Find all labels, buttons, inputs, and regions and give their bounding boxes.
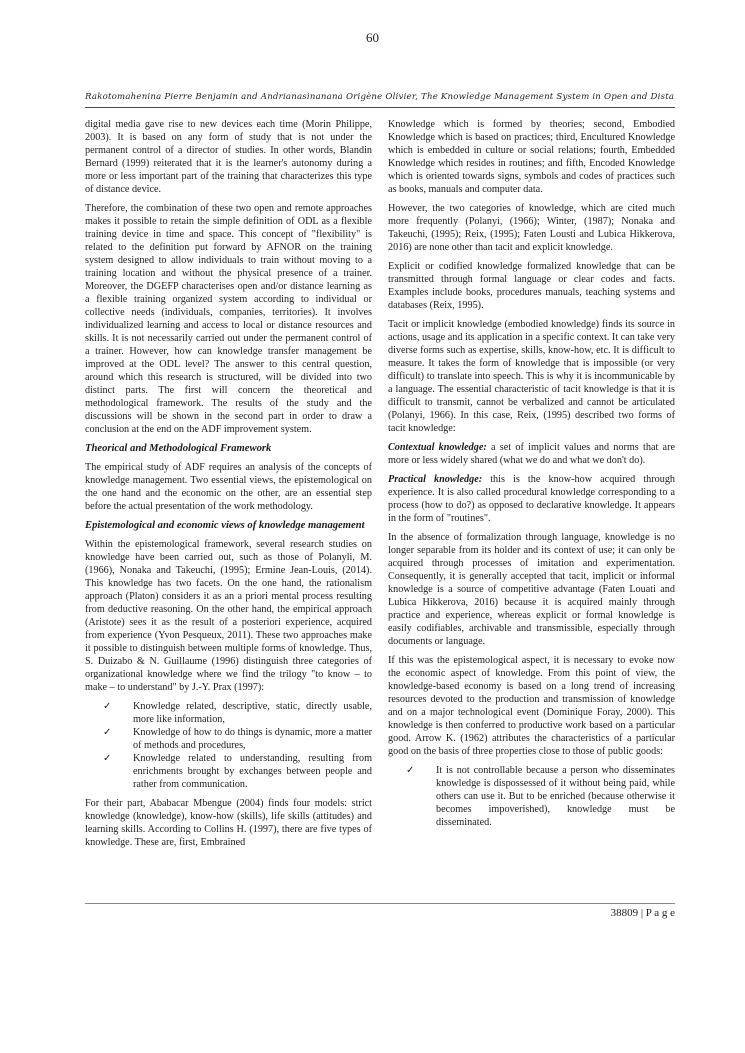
list-item: ✓ Knowledge of how to do things is dynam… [103, 726, 372, 752]
paragraph: In the absence of formalization through … [388, 531, 675, 648]
page-footer: 38809 | P a g e [85, 903, 675, 919]
paragraph: Tacit or implicit knowledge (embodied kn… [388, 318, 675, 435]
paragraph: Explicit or codified knowledge formalize… [388, 260, 675, 312]
paragraph: Within the epistemological framework, se… [85, 538, 372, 694]
page-content: Rakotomahenina Pierre Benjamin and Andri… [85, 92, 675, 855]
list-item-text: Knowledge of how to do things is dynamic… [133, 726, 372, 752]
paragraph: Knowledge which is formed by theories; s… [388, 118, 675, 196]
subsection-heading: Epistemological and economic views of kn… [85, 519, 372, 532]
left-column: digital media gave rise to new devices e… [85, 118, 372, 855]
list-item-text: It is not controllable because a person … [436, 764, 675, 829]
paragraph: For their part, Ababacar Mbengue (2004) … [85, 797, 372, 849]
two-column-body: digital media gave rise to new devices e… [85, 118, 675, 855]
checkmark-icon: ✓ [103, 726, 133, 739]
definition-term: Contextual knowledge: [388, 442, 487, 453]
section-heading: Theorical and Methodological Framework [85, 442, 372, 455]
paper-page: 60 Rakotomahenina Pierre Benjamin and An… [0, 0, 745, 1053]
paragraph: digital media gave rise to new devices e… [85, 118, 372, 196]
list-item: ✓ Knowledge related, descriptive, static… [103, 700, 372, 726]
list-item: ✓ It is not controllable because a perso… [406, 764, 675, 829]
definition-paragraph: Contextual knowledge: a set of implicit … [388, 441, 675, 467]
checkmark-icon: ✓ [103, 700, 133, 713]
paragraph: However, the two categories of knowledge… [388, 202, 675, 254]
paragraph: The empirical study of ADF requires an a… [85, 461, 372, 513]
checkmark-icon: ✓ [103, 752, 133, 765]
right-column: Knowledge which is formed by theories; s… [388, 118, 675, 855]
bullet-list: ✓ It is not controllable because a perso… [388, 764, 675, 829]
running-head: Rakotomahenina Pierre Benjamin and Andri… [85, 92, 675, 102]
footer-page-label: 38809 | P a g e [611, 907, 675, 919]
definition-term: Practical knowledge: [388, 474, 482, 485]
page-number: 60 [0, 30, 745, 46]
paragraph: Therefore, the combination of these two … [85, 202, 372, 436]
definition-paragraph: Practical knowledge: this is the know-ho… [388, 473, 675, 525]
list-item-text: Knowledge related to understanding, resu… [133, 752, 372, 791]
bullet-list: ✓ Knowledge related, descriptive, static… [85, 700, 372, 791]
header-divider [85, 107, 675, 108]
checkmark-icon: ✓ [406, 764, 436, 777]
paragraph: If this was the epistemological aspect, … [388, 654, 675, 758]
list-item: ✓ Knowledge related to understanding, re… [103, 752, 372, 791]
list-item-text: Knowledge related, descriptive, static, … [133, 700, 372, 726]
